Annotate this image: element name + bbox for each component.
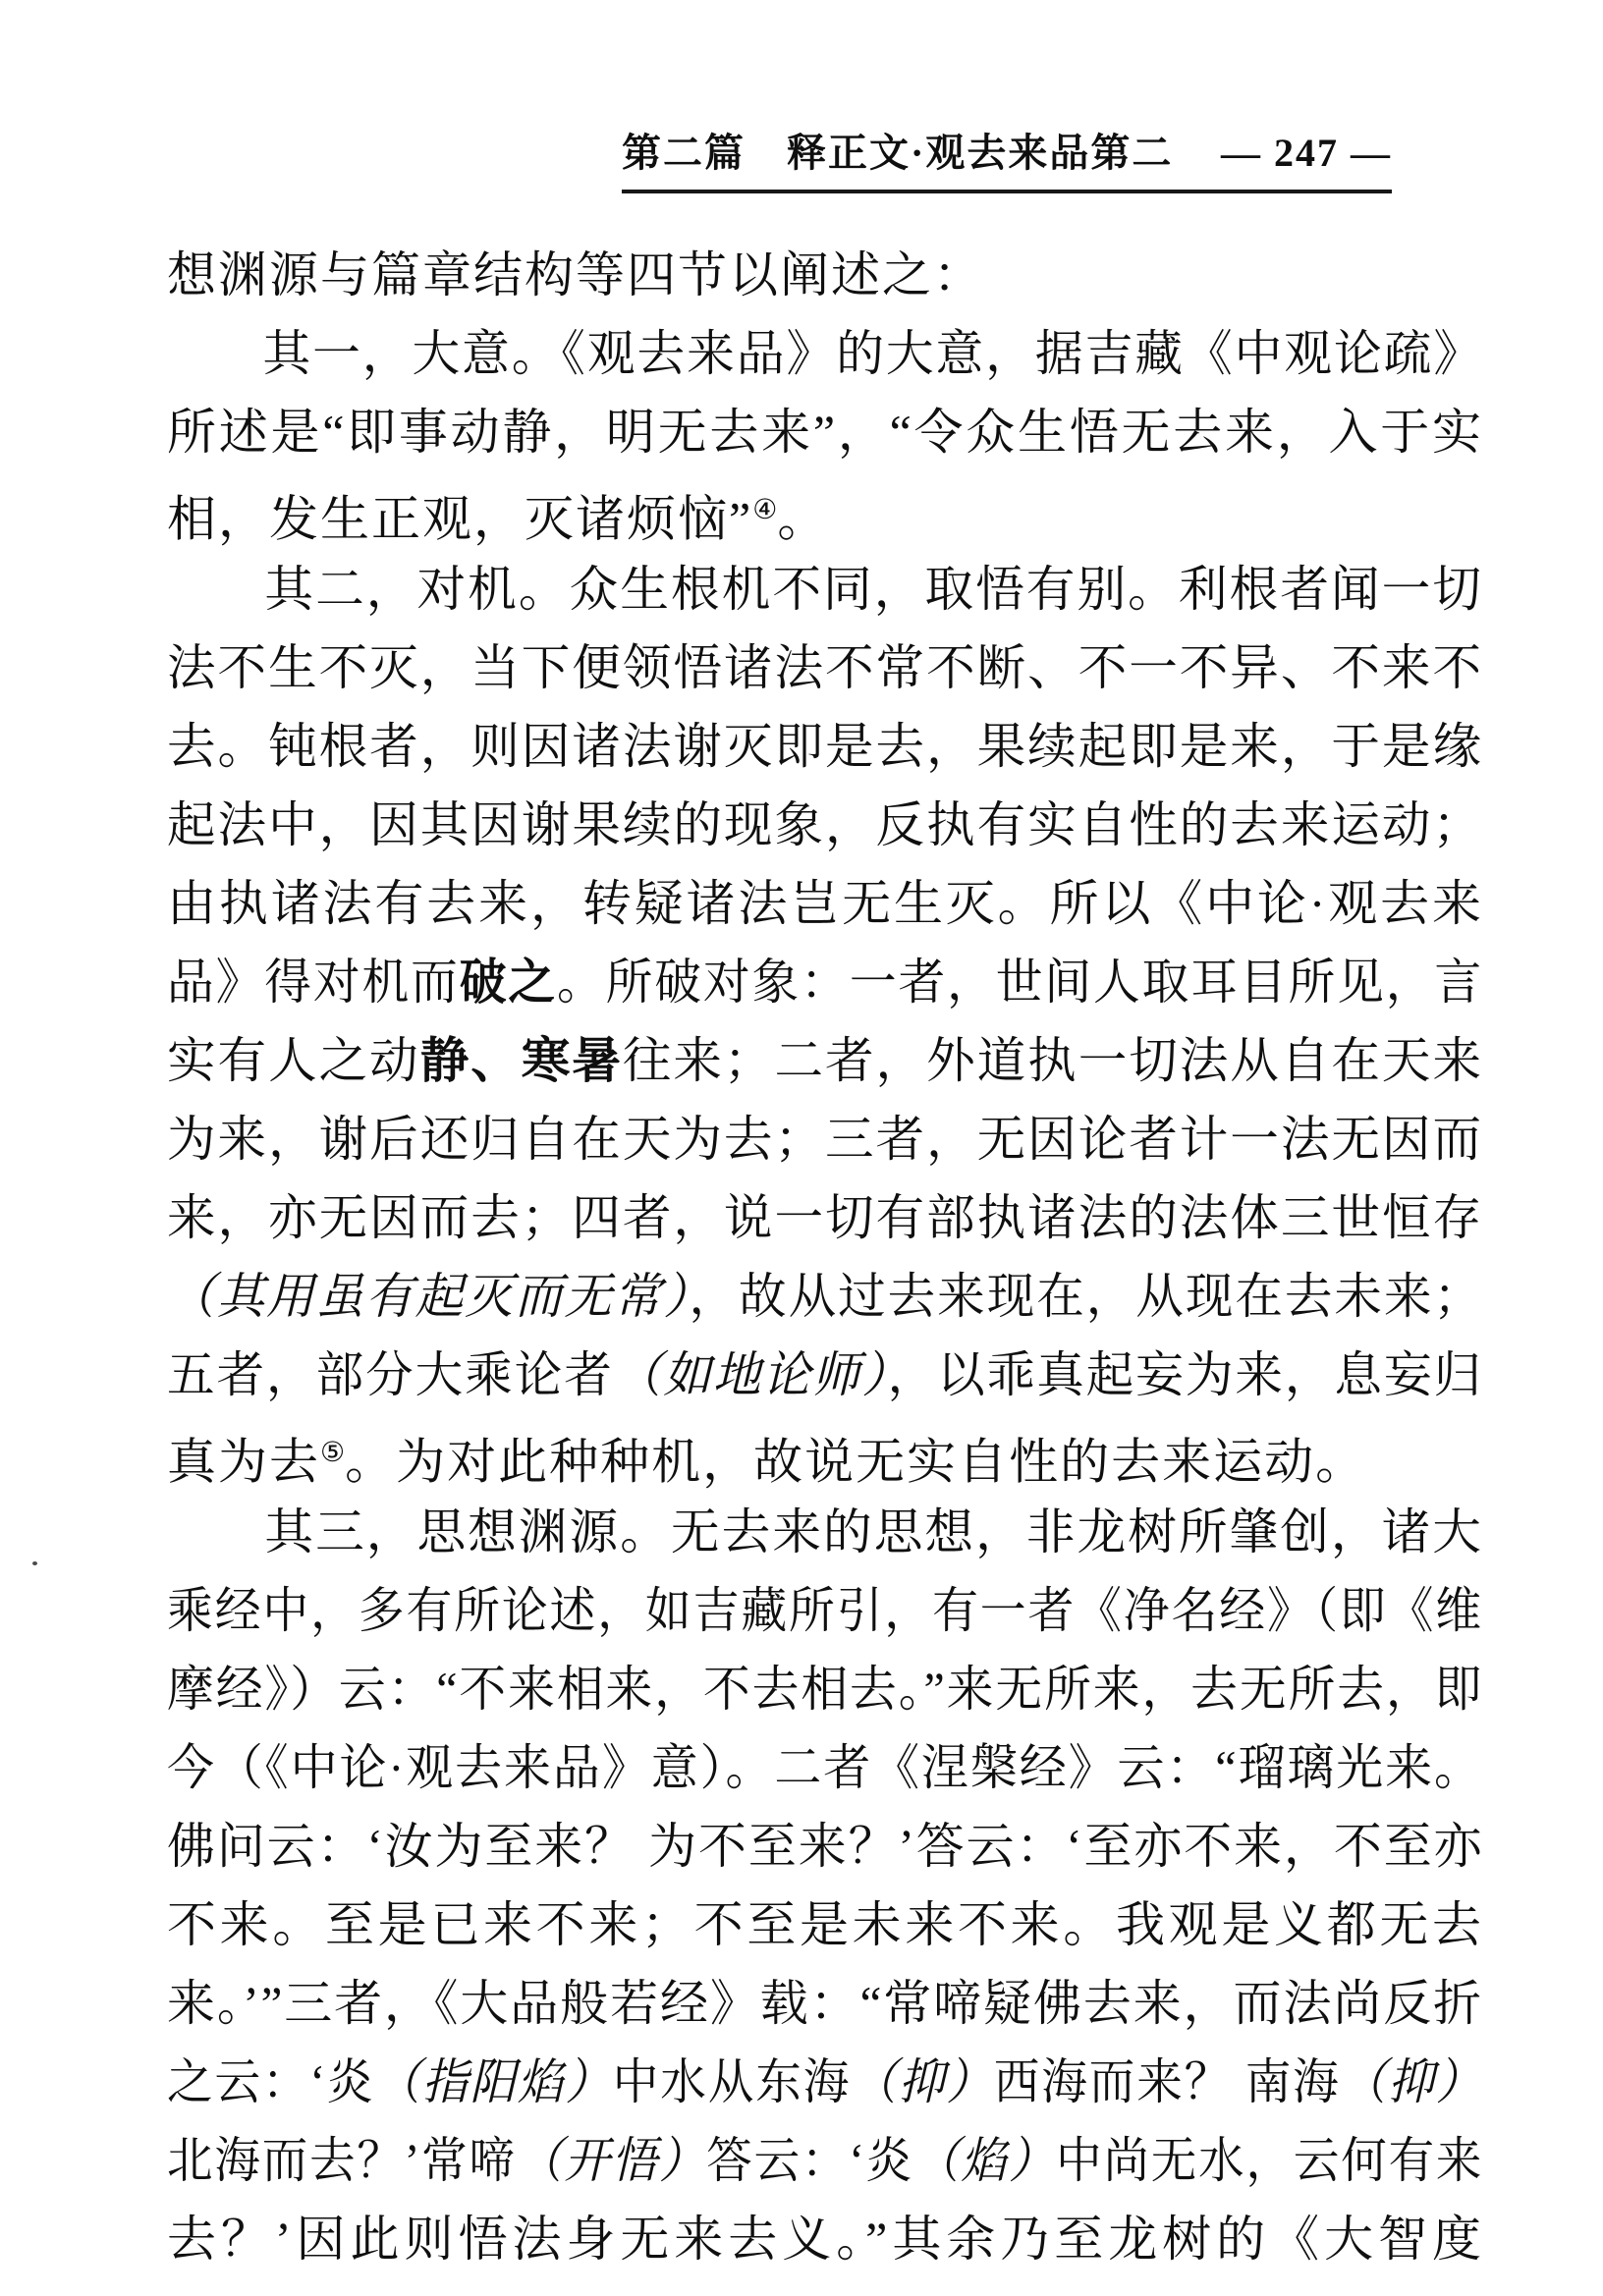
text-line: 想渊源与篇章结构等四节以阐述之： (167, 236, 1483, 314)
text-line: （其用虽有起灭而无常），故从过去来现在，从现在去未来； (167, 1257, 1446, 1336)
text-line: 其一，大意。《观去来品》的大意，据吉藏《中观论疏》 (167, 314, 1450, 393)
text-line: 由执诸法有去来，转疑诸法岂无生灭。所以《中论·观去来 (167, 864, 1483, 943)
text-run-kai: （其用虽有起灭而无常） (167, 1269, 690, 1324)
text-run-sup: ⑤ (320, 1438, 345, 1468)
text-run: 。所破对象：一者，世间人取耳目所见，言 (557, 955, 1483, 1010)
text-line: 去。钝根者，则因诸法谢灭即是去，果续起即是来，于是缘 (167, 707, 1471, 786)
text-run: 法不生不灭，当下便领悟诸法不常不断、不一不异、不来不 (167, 640, 1483, 695)
text-line: 今（《中论·观去来品》意）。二者《涅槃经》云：“瑠璃光来。 (167, 1728, 1429, 1807)
text-line: 北海而去？’常啼（开悟）答云：‘炎（焰）中尚无水，云何有来 (167, 2121, 1391, 2200)
text-run: 其三，思想渊源。无去来的思想，非龙树所肇创，诸大 (264, 1504, 1483, 1559)
text-run: 中尚无水，云何有来 (1056, 2133, 1483, 2188)
text-run: 乘经中，多有所论述，如吉藏所引，有一者《净名经》（即《维 (167, 1583, 1483, 1638)
text-run: 由执诸法有去来，转疑诸法岂无生灭。所以《中论·观去来 (167, 876, 1483, 931)
text-line: 五者，部分大乘论者（如地论师），以乖真起妄为来，息妄归 (167, 1336, 1446, 1414)
text-run: 为来，谢后还归自在天为去；三者，无因论者计一法无因而 (167, 1112, 1483, 1167)
text-line: 摩经》）云：“不来相来，不去相去。”来无所来，去无所去，即 (167, 1650, 1425, 1728)
text-line: 不来。至是已来不来；不至是未来不来。我观是义都无去 (167, 1886, 1483, 1964)
text-run: 所述是“即事动静，明无去来”，“令众生悟无去来，入于实 (167, 405, 1483, 460)
text-run: 品》得对机而 (167, 955, 460, 1010)
text-run: 。 (777, 491, 828, 546)
text-run: 真为去 (167, 1434, 320, 1489)
text-line: 去？’因此则悟法身无来去义。”其余乃至龙树的《大智度 (167, 2200, 1483, 2278)
text-line: 其二，对机。众生根机不同，取悟有别。利根者闻一切 (167, 550, 1475, 629)
text-run-kai: （抑） (1341, 2054, 1483, 2109)
page-header: 第二篇 释正文·观去来品第二 — 247 — (622, 122, 1392, 193)
text-run: 相，发生正观，灭诸烦恼” (167, 491, 752, 546)
text-run: 之云：‘炎 (167, 2054, 374, 2109)
text-line: 来。’”三者，《大品般若经》载：“常啼疑佛去来，而法尚反折 (167, 1964, 1456, 2043)
text-run: 想渊源与篇章结构等四节以阐述之： (167, 247, 984, 302)
text-run-kai: （指阳焰） (374, 2054, 612, 2109)
text-line: 法不生不灭，当下便领悟诸法不常不断、不一不异、不来不 (167, 629, 1471, 707)
text-line: 实有人之动静、寒暑往来；二者，外道执一切法从自在天来 (167, 1021, 1471, 1100)
text-run: 五者，部分大乘论者 (167, 1347, 614, 1402)
text-run-kai: （如地论师） (614, 1347, 888, 1402)
text-run: 起法中，因其因谢果续的现象，反执有实自性的去来运动； (167, 797, 1483, 852)
text-run: 不来。至是已来不来；不至是未来不来。我观是义都无去 (167, 1897, 1483, 1952)
text-run: 其二，对机。众生根机不同，取悟有别。利根者闻一切 (264, 562, 1483, 617)
text-line: 品》得对机而破之。所破对象：一者，世间人取耳目所见，言 (167, 943, 1423, 1021)
text-run: 北海而去？’常啼 (167, 2133, 517, 2188)
text-run-kai: （焰） (913, 2133, 1056, 2188)
text-run: ，故从过去来现在，从现在去未来； (690, 1269, 1483, 1324)
text-run: 答云：‘炎 (706, 2133, 913, 2188)
text-run: 往来；二者，外道执一切法从自在天来 (623, 1033, 1483, 1088)
running-title: 第二篇 释正文·观去来品第二 (622, 122, 1173, 178)
text-line: 相，发生正观，灭诸烦恼”④。 (167, 471, 1483, 550)
text-line: 佛问云：‘汝为至来？ 为不至来？’答云：‘至亦不来，不至亦 (167, 1807, 1455, 1886)
text-run: 。为对此种种机，故说无实自性的去来运动。 (345, 1434, 1366, 1489)
text-line: 来，亦无因而去；四者，说一切有部执诸法的法体三世恒存 (167, 1178, 1471, 1257)
text-run: 其一，大意。《观去来品》的大意，据吉藏《中观论疏》 (262, 326, 1483, 381)
scan-speck (32, 1561, 37, 1565)
text-run: 实有人之动 (167, 1033, 420, 1088)
text-run: 今（《中论·观去来品》意）。二者《涅槃经》云：“瑠璃光来。 (167, 1740, 1483, 1795)
text-run: 去？’因此则悟法身无来去义。”其余乃至龙树的《大智度 (167, 2212, 1483, 2267)
text-line: 真为去⑤。为对此种种机，故说无实自性的去来运动。 (167, 1414, 1483, 1493)
text-line: 乘经中，多有所论述，如吉藏所引，有一者《净名经》（即《维 (167, 1571, 1400, 1650)
text-run: 西海而来？ 南海 (994, 2054, 1341, 2109)
text-line: 所述是“即事动静，明无去来”，“令众生悟无去来，入于实 (167, 393, 1483, 471)
text-line: 之云：‘炎（指阳焰）中水从东海（抑）西海而来？ 南海（抑） (167, 2043, 1395, 2121)
text-run: ，以乖真起妄为来，息妄归 (888, 1347, 1483, 1402)
text-run-kai: （开悟） (517, 2133, 706, 2188)
text-run: 佛问云：‘汝为至来？ 为不至来？’答云：‘至亦不来，不至亦 (167, 1819, 1483, 1874)
text-line: 为来，谢后还归自在天为去；三者，无因论者计一法无因而 (167, 1100, 1471, 1178)
text-run-bold: 静、寒暑 (420, 1033, 623, 1088)
text-line: 其三，思想渊源。无去来的思想，非龙树所肇创，诸大 (167, 1493, 1475, 1571)
page-body: 想渊源与篇章结构等四节以阐述之：其一，大意。《观去来品》的大意，据吉藏《中观论疏… (167, 236, 1483, 2278)
page-number: — 247 — (1221, 130, 1392, 176)
text-run: 来，亦无因而去；四者，说一切有部执诸法的法体三世恒存 (167, 1190, 1483, 1245)
text-run: 摩经》）云：“不来相来，不去相去。”来无所来，去无所去，即 (167, 1662, 1483, 1717)
text-line: 起法中，因其因谢果续的现象，反执有实自性的去来运动； (167, 786, 1471, 864)
text-run: 中水从东海 (613, 2054, 851, 2109)
text-run: 来。’”三者，《大品般若经》载：“常啼疑佛去来，而法尚反折 (167, 1976, 1483, 2031)
text-run: 去。钝根者，则因诸法谢灭即是去，果续起即是来，于是缘 (167, 719, 1483, 774)
text-run-bold: 破之 (460, 955, 557, 1010)
scanned-book-page: 第二篇 释正文·观去来品第二 — 247 — 想渊源与篇章结构等四节以阐述之：其… (0, 0, 1603, 2296)
text-run-sup: ④ (752, 495, 777, 525)
text-run-kai: （抑） (851, 2054, 993, 2109)
